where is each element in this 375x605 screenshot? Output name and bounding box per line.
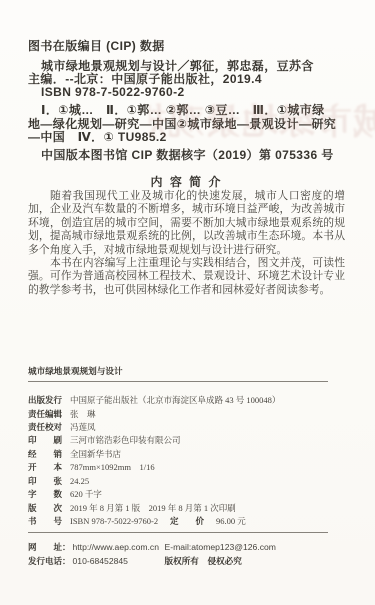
colophon-rows: 出版发行 中国原子能出版社（北京市海淀区阜成路 43 号 100048） 责任编… xyxy=(28,394,345,528)
phone-label: 发行电话： xyxy=(28,554,71,568)
colophon-footer: 网 址： http://www.aep.com.cn E-mail:atomep… xyxy=(28,540,345,568)
row-value: 冯莲凤 xyxy=(70,421,96,434)
colophon-book-title: 城市绿地景观规划与设计 xyxy=(28,365,345,377)
website-url: http://www.aep.com.cn xyxy=(73,540,165,554)
row-label: 出版发行 xyxy=(28,394,70,407)
price-label: 定 价 xyxy=(170,515,204,528)
phone-number: 010-68452845 xyxy=(73,554,165,568)
copyright-notice: 版权所有 侵权必究 xyxy=(165,554,242,568)
cip-class-line-2: 地—绿化规划—研究—中国②城市绿地—景观设计—研究 xyxy=(28,118,345,132)
colophon-row-wordcount: 字 数 620 千字 xyxy=(28,488,345,501)
row-label: 字 数 xyxy=(28,488,70,501)
cip-block: 图书在版编目 (CIP) 数据 城市绿地景观规划与设计／郭征，郭忠磊，豆苏含 主… xyxy=(28,40,345,162)
content-summary: 内 容 简 介 随着我国现代工业及城市化的快速发展，城市人口密度的增加，企业及汽… xyxy=(28,176,345,297)
row-value: 787mm×1092mm 1/16 xyxy=(70,461,155,474)
row-label: 印 张 xyxy=(28,475,70,488)
colophon-row-sheets: 印 张 24.25 xyxy=(28,475,345,488)
footer-row-phone: 发行电话： 010-68452845 版权所有 侵权必究 xyxy=(28,554,345,568)
content-summary-paragraph-1: 随着我国现代工业及城市化的快速发展，城市人口密度的增加，企业及汽车数量的不断增多… xyxy=(28,190,345,257)
cip-class-line-3: —中国 Ⅳ．① TU985.2 xyxy=(28,131,345,145)
website-label: 网 址： xyxy=(28,540,71,554)
footer-row-website: 网 址： http://www.aep.com.cn E-mail:atomep… xyxy=(28,540,345,554)
content-summary-paragraph-2: 本书在内容编写上注重理论与实践相结合，图文并茂，可读性强。可作为普通高校园林工程… xyxy=(28,257,345,297)
row-label: 经 销 xyxy=(28,448,70,461)
row-label: 责任校对 xyxy=(28,421,70,434)
colophon-row-proofreader: 责任校对 冯莲凤 xyxy=(28,421,345,434)
cip-header: 图书在版编目 (CIP) 数据 xyxy=(28,40,345,53)
email-address: E-mail:atomep123@126.com xyxy=(165,540,276,554)
divider-rule-bottom xyxy=(28,532,328,533)
colophon: 城市绿地景观规划与设计 出版发行 中国原子能出版社（北京市海淀区阜成路 43 号… xyxy=(28,365,345,568)
cip-isbn-line: ISBN 978-7-5022-9760-2 xyxy=(28,86,345,99)
book-copyright-page: 城市绿地景观规划 图书在版编目 (CIP) 数据 城市绿地景观规划与设计／郭征，… xyxy=(0,0,375,605)
cip-classification: Ⅰ．①城… Ⅱ．①郭… ②郭… ③豆… Ⅲ．①城市绿 地—绿化规划—研究—中国②… xyxy=(28,104,345,145)
row-value: 张 琳 xyxy=(70,408,96,421)
price-value: 96.00 元 xyxy=(216,515,246,528)
colophon-row-format: 开 本 787mm×1092mm 1/16 xyxy=(28,461,345,474)
colophon-row-distributor: 经 销 全国新华书店 xyxy=(28,448,345,461)
row-value: 全国新华书店 xyxy=(70,448,121,461)
row-label: 开 本 xyxy=(28,461,70,474)
row-value: 三河市铭浩彩色印装有限公司 xyxy=(70,434,181,447)
cip-class-line-1: Ⅰ．①城… Ⅱ．①郭… ②郭… ③豆… Ⅲ．①城市绿 xyxy=(28,104,345,118)
row-value: 620 千字 xyxy=(70,488,102,501)
isbn-value: ISBN 978-7-5022-9760-2 xyxy=(70,515,170,528)
row-label: 印 刷 xyxy=(28,434,70,447)
row-value: 2019 年 8 月第 1 版 2019 年 8 月第 1 次印刷 xyxy=(70,502,236,515)
colophon-row-editor: 责任编辑 张 琳 xyxy=(28,408,345,421)
row-label: 书 号 xyxy=(28,515,70,528)
content-summary-heading: 内 容 简 介 xyxy=(28,176,345,189)
cip-record-number: 中国版本图书馆 CIP 数据核字（2019）第 075336 号 xyxy=(28,149,345,162)
colophon-row-isbn-price: 书 号 ISBN 978-7-5022-9760-2 定 价 96.00 元 xyxy=(28,515,345,528)
cip-entry: 城市绿地景观规划与设计／郭征，郭忠磊，豆苏含 主编．--北京：中国原子能出版社，… xyxy=(28,60,345,99)
colophon-row-printer: 印 刷 三河市铭浩彩色印装有限公司 xyxy=(28,434,345,447)
row-label: 版 次 xyxy=(28,502,70,515)
row-value: 中国原子能出版社（北京市海淀区阜成路 43 号 100048） xyxy=(70,394,280,407)
colophon-row-publisher: 出版发行 中国原子能出版社（北京市海淀区阜成路 43 号 100048） xyxy=(28,394,345,407)
row-label: 责任编辑 xyxy=(28,408,70,421)
row-value: 24.25 xyxy=(70,475,89,488)
colophon-row-edition: 版 次 2019 年 8 月第 1 版 2019 年 8 月第 1 次印刷 xyxy=(28,502,345,515)
divider-rule-top xyxy=(28,381,328,382)
